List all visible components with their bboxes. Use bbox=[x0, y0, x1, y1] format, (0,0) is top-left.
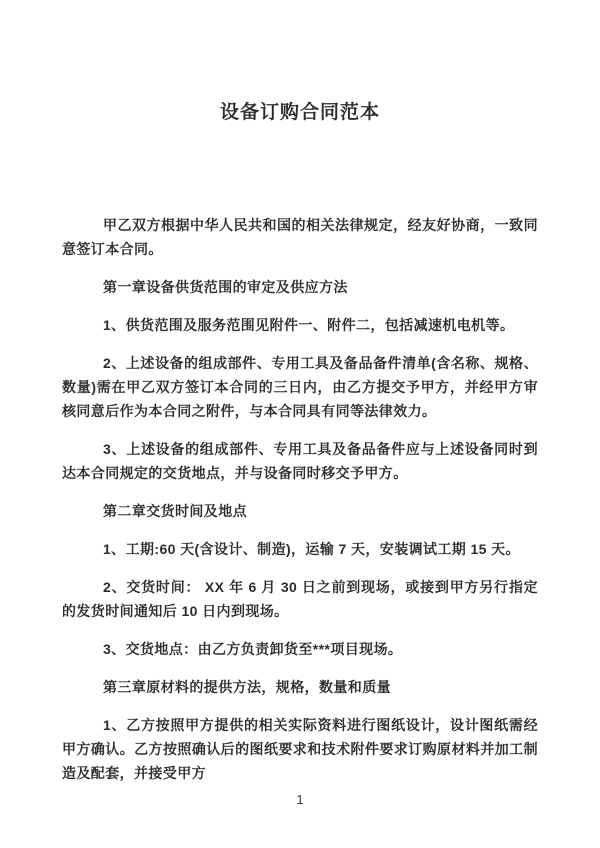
contract-paragraph: 3、上述设备的组成部件、专用工具及备品备件应与上述设备同时到达本合同规定的交货地… bbox=[62, 437, 538, 485]
contract-paragraph: 甲乙双方根据中华人民共和国的相关法律规定，经友好协商，一致同意签订本合同。 bbox=[62, 213, 538, 261]
contract-paragraph: 1、乙方按照甲方提供的相关实际资料进行图纸设计，设计图纸需经甲方确认。乙方按照确… bbox=[62, 713, 538, 785]
document-page: 设备订购合同范本 甲乙双方根据中华人民共和国的相关法律规定，经友好协商，一致同意… bbox=[0, 0, 600, 848]
contract-paragraph: 2、交货时间： XX 年 6 月 30 日之前到现场，或接到甲方另行指定的发货时… bbox=[62, 575, 538, 623]
chapter-heading: 第三章原材料的提供方法，规格，数量和质量 bbox=[62, 675, 538, 699]
contract-paragraph: 1、供货范围及服务范围见附件一、附件二，包括减速机电机等。 bbox=[62, 313, 538, 337]
chapter-heading: 第二章交货时间及地点 bbox=[62, 499, 538, 523]
contract-paragraph: 3、交货地点：由乙方负责卸货至***项目现场。 bbox=[62, 637, 538, 661]
document-body: 甲乙双方根据中华人民共和国的相关法律规定，经友好协商，一致同意签订本合同。第一章… bbox=[62, 213, 538, 785]
contract-paragraph: 1、工期:60 天(含设计、制造)，运输 7 天，安装调试工期 15 天。 bbox=[62, 537, 538, 561]
contract-paragraph: 2、上述设备的组成部件、专用工具及备品备件清单(含名称、规格、数量)需在甲乙双方… bbox=[62, 351, 538, 423]
chapter-heading: 第一章设备供货范围的审定及供应方法 bbox=[62, 275, 538, 299]
page-number: 1 bbox=[0, 792, 600, 807]
document-title: 设备订购合同范本 bbox=[0, 100, 600, 126]
